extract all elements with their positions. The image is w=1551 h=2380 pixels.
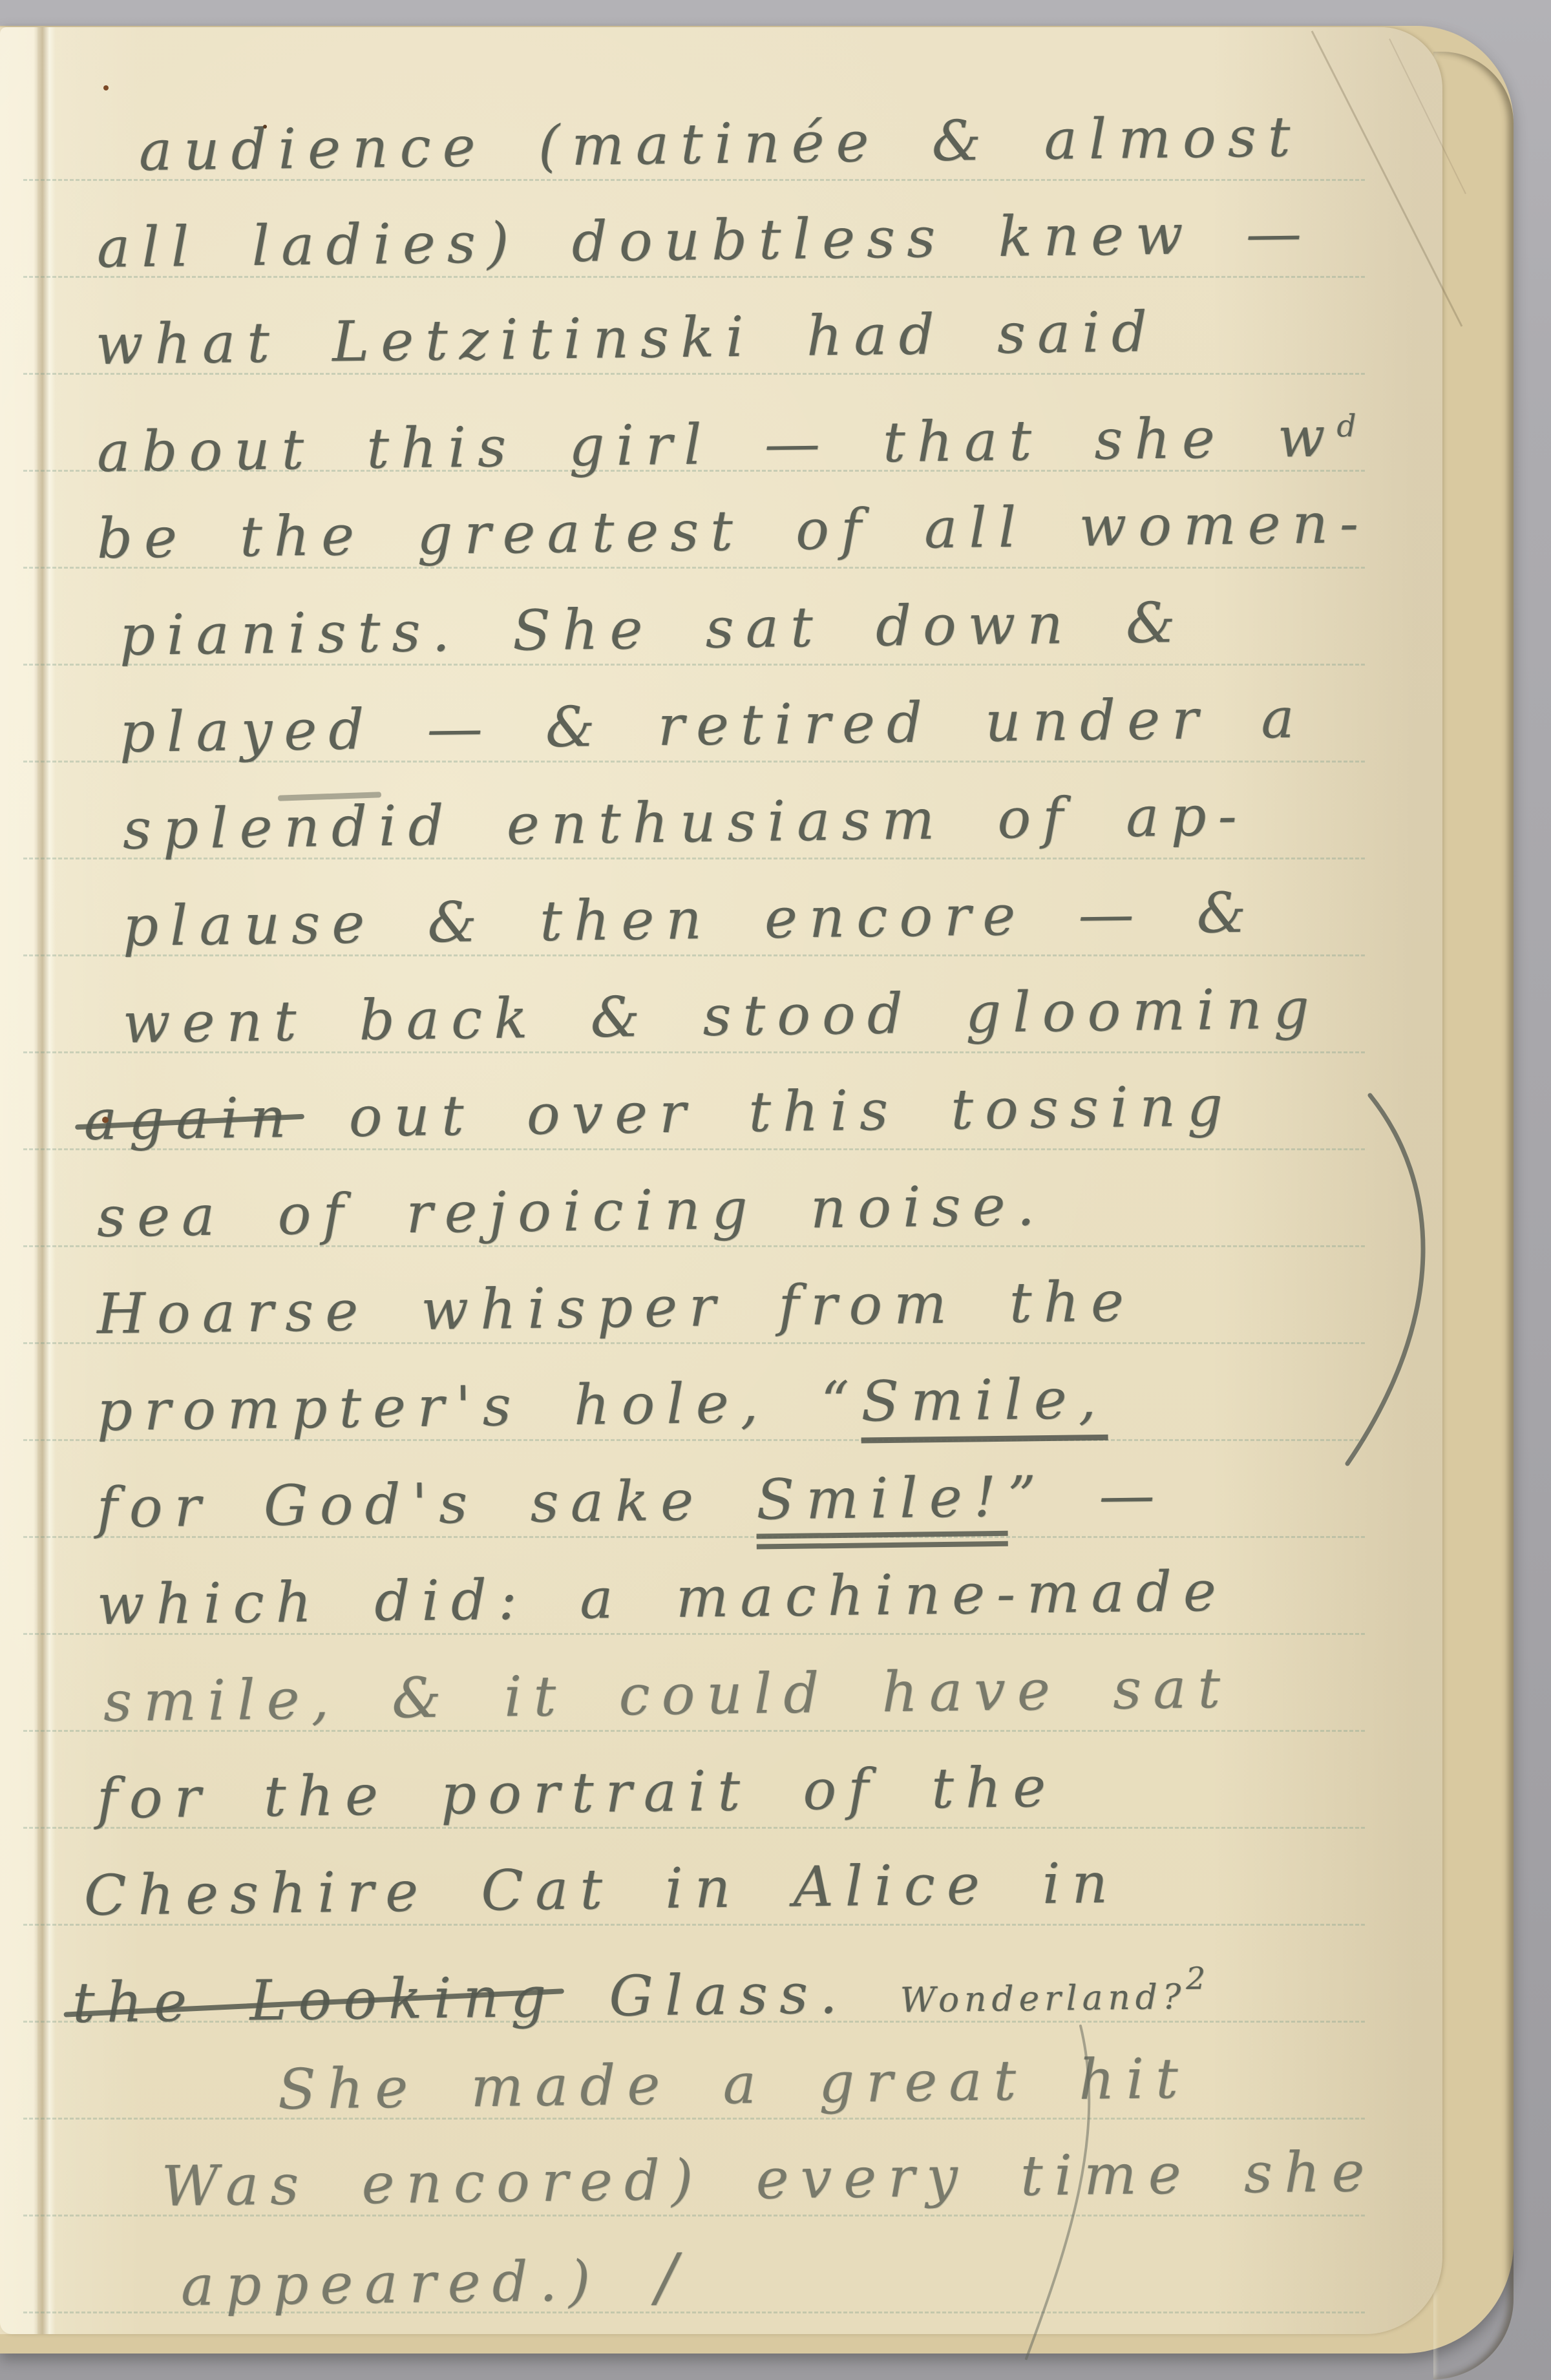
closing-slash-stroke: / — [602, 2240, 690, 2315]
line-text: prompter's hole, “ — [96, 1370, 861, 1444]
line-text: splendid enthusiasm of ap- — [122, 784, 1249, 862]
manuscript-line: audience (matinée & almost — [138, 89, 1302, 200]
manuscript-line: splendid enthusiasm of ap- — [122, 768, 1249, 878]
line-text: all ladies) doubtless knew — — [96, 201, 1313, 280]
manuscript-line: She made a great hit — [277, 2030, 1190, 2138]
line-text: out over this tossing — [297, 1074, 1235, 1150]
manuscript-line: plause & then encore — & — [122, 865, 1258, 975]
line-text: appeared.) — [180, 2249, 602, 2319]
line-text: audience (matinée & almost — [138, 105, 1302, 184]
line-text: be the greatest of all women- — [96, 491, 1370, 571]
manuscript-line: appeared.) / — [180, 2229, 690, 2332]
line-text: played — & retired under a — [119, 686, 1306, 765]
struck-word: again — [83, 1086, 298, 1153]
line-text: ” — — [1008, 1463, 1167, 1530]
manuscript-line: for the portrait of the — [96, 1739, 1058, 1848]
manuscript-line: smile, & it could have sat — [103, 1640, 1232, 1751]
line-text: went back & stood glooming — [122, 976, 1321, 1056]
notebook-page: audience (matinée & almost all ladies) d… — [0, 27, 1442, 2334]
manuscript-line: all ladies) doubtless knew — — [96, 185, 1314, 297]
manuscript-line: the Looking Glass. Wonderland?2 — [72, 1931, 1210, 2041]
manuscript-line: about this girl — that she wd — [96, 378, 1361, 490]
line-text: Cheshire Cat in Alice in — [83, 1851, 1119, 1928]
underlined-word: Smile, — [861, 1367, 1108, 1444]
manuscript-line: Hoarse whisper from the — [96, 1253, 1136, 1363]
line-text: about this girl — that she w — [97, 405, 1338, 484]
insertion-mark: 2 — [1186, 1961, 1210, 1997]
manuscript-line: which did: a machine-made — [96, 1543, 1229, 1654]
manuscript-line: be the greatest of all women- — [96, 475, 1371, 587]
double-underlined-word: Smile! — [756, 1465, 1008, 1550]
manuscript-text: audience (matinée & almost all ladies) d… — [0, 27, 1442, 2334]
line-text: what Letzitinski had said — [95, 300, 1159, 377]
manuscript-line: went back & stood glooming — [122, 960, 1322, 1072]
line-text: smile, & it could have sat — [103, 1656, 1232, 1734]
manuscript-line: Was encored) every time she — [161, 2123, 1377, 2235]
line-text: sea of rejoicing noise. — [96, 1174, 1046, 1250]
line-text: pianists. She sat down & — [119, 591, 1187, 668]
line-text: Glass. — [557, 1961, 900, 2029]
line-text: Hoarse whisper from the — [96, 1269, 1135, 1347]
struck-words: the Looking — [72, 1964, 558, 2035]
manuscript-line: pianists. She sat down & — [119, 574, 1187, 684]
line-text: for the portrait of the — [96, 1755, 1057, 1831]
manuscript-line: sea of rejoicing noise. — [96, 1157, 1047, 1266]
manuscript-line: Cheshire Cat in Alice in — [83, 1835, 1120, 1944]
line-text: Was encored) every time she — [161, 2140, 1377, 2219]
notebook-photo: { "document_kind": "handwritten pencil n… — [0, 0, 1551, 2380]
manuscript-line: for God's sake Smile!” — — [96, 1447, 1166, 1557]
manuscript-line: again out over this tossing — [83, 1058, 1235, 1169]
manuscript-line: played — & retired under a — [119, 670, 1307, 781]
superscript-d: d — [1336, 408, 1360, 444]
manuscript-line: what Letzitinski had said — [95, 284, 1159, 394]
line-text: She made a great hit — [277, 2047, 1190, 2122]
line-text: plause & then encore — & — [122, 881, 1258, 959]
manuscript-line: prompter's hole, “Smile, — [96, 1351, 1108, 1460]
page-edge-stack — [1433, 52, 1514, 2379]
line-text: for God's sake — [96, 1468, 757, 1541]
line-text: which did: a machine-made — [96, 1559, 1228, 1638]
inserted-word: Wonderland? — [900, 1977, 1187, 2020]
